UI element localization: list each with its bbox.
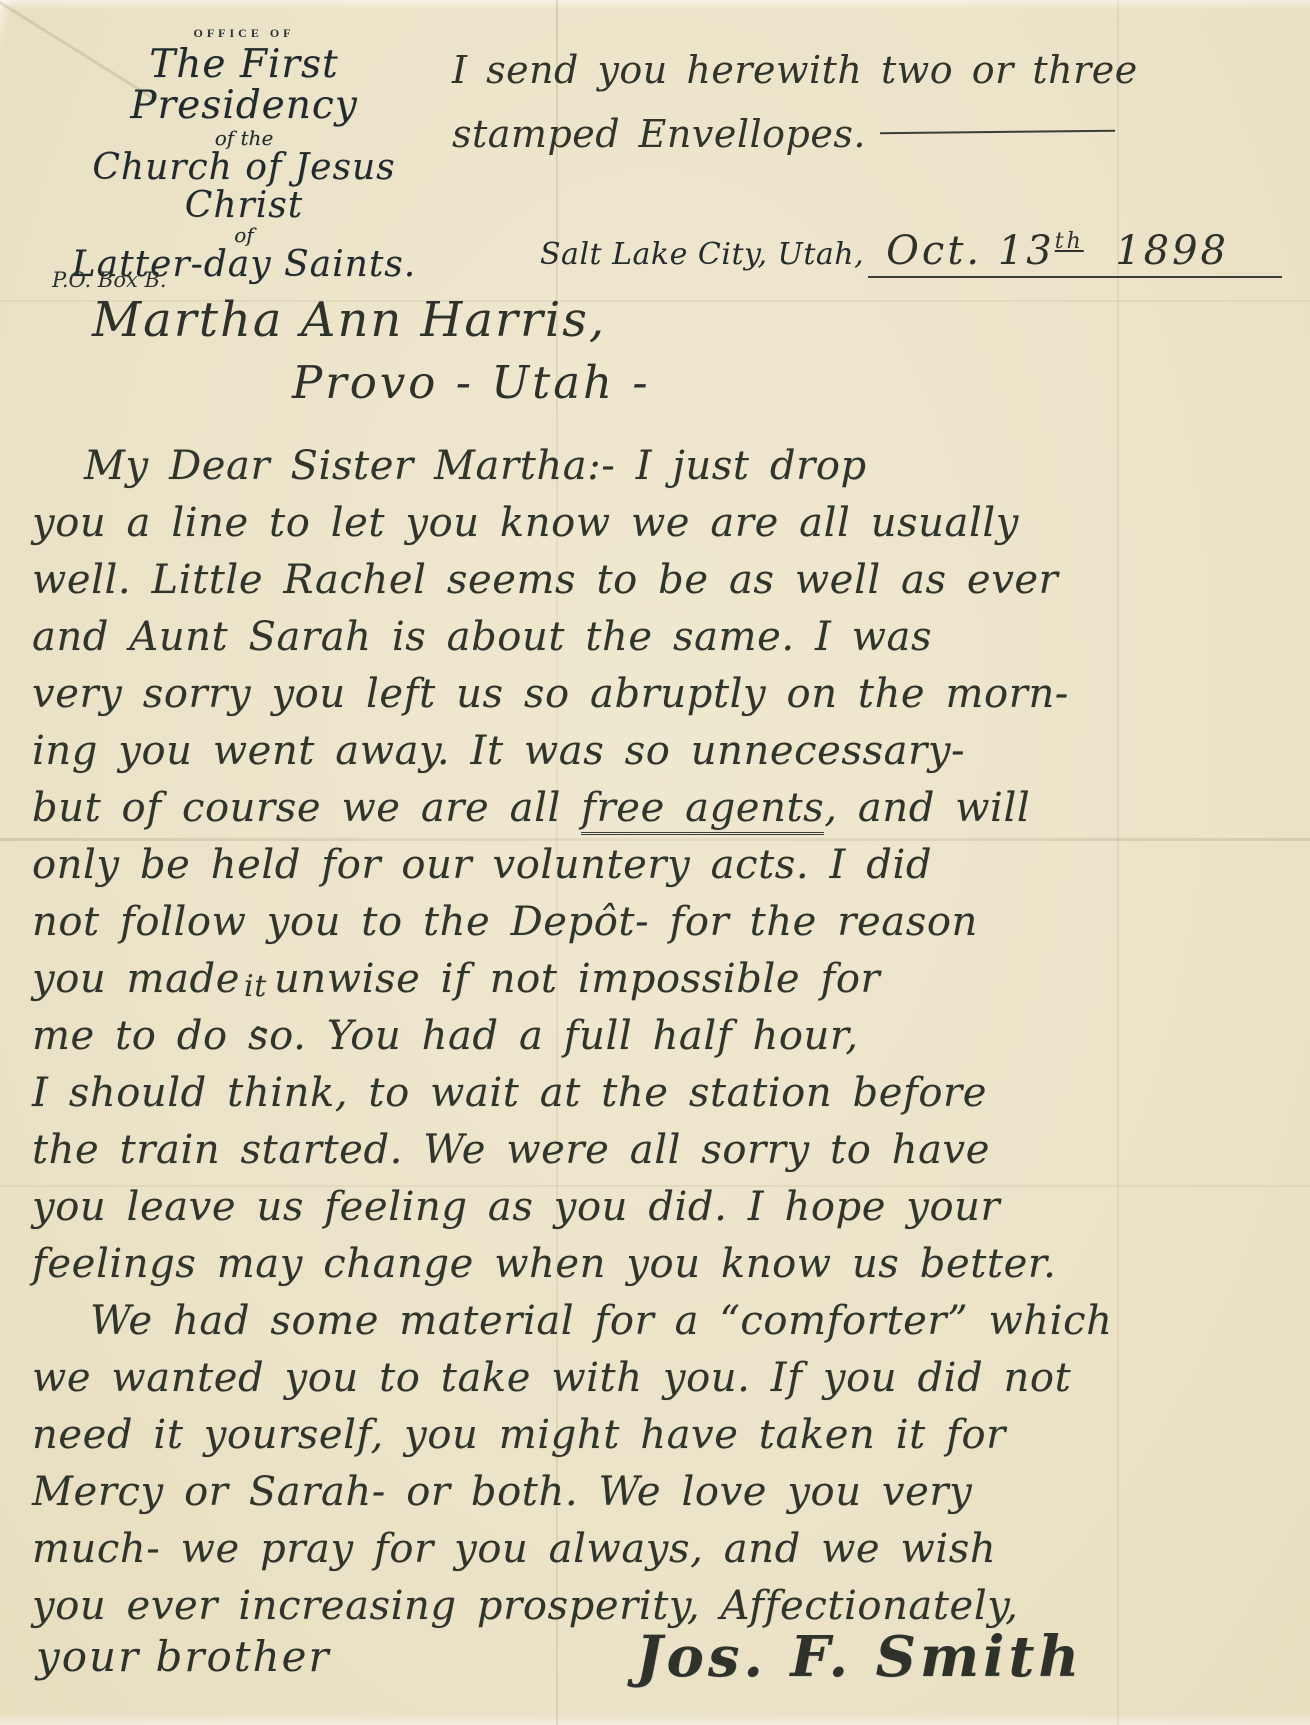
body-line: My Dear Sister Martha:- I just drop [32, 438, 1292, 495]
body-line: Mercy or Sarah- or both. We love you ver… [32, 1464, 1292, 1521]
signature: Jos. F. Smith [636, 1624, 1083, 1690]
letterhead-line-2: of the [48, 127, 440, 149]
body-line: the train started. We were all sorry to … [32, 1122, 1292, 1179]
letterhead-line-1: The First Presidency [48, 45, 440, 127]
top-note-line-1: I send you herewith two or three [452, 38, 1282, 102]
recipient-block: Martha Ann Harris, Provo - Utah - [0, 292, 1310, 409]
body-line: ing you went away. It was so unnecessary… [32, 723, 1292, 780]
body-line: much- we pray for you always, and we wis… [32, 1521, 1292, 1578]
body-line: I should think, to wait at the station b… [32, 1065, 1292, 1122]
body-line: me to do so. You had a full half hour, [32, 1008, 1292, 1065]
caret-mark: ^ [248, 1008, 269, 1065]
body-line: need it yourself, you might have taken i… [32, 1407, 1292, 1464]
letter-body: My Dear Sister Martha:- I just drop you … [32, 438, 1292, 1635]
body-line: only be held for our voluntery acts. I d… [32, 837, 1292, 894]
top-note-line-2: stamped Envellopes. [452, 102, 1282, 166]
letterhead-line-4: of [48, 224, 440, 246]
body-line: well. Little Rachel seems to be as well … [32, 552, 1292, 609]
letter-page: OFFICE OF The First Presidency of the Ch… [0, 0, 1310, 1725]
closing-row: your brother Jos. F. Smith [36, 1632, 1292, 1681]
body-line: we wanted you to take with you. If you d… [32, 1350, 1292, 1407]
letterhead-office-of: OFFICE OF [48, 26, 440, 41]
date-ordinal: th [1055, 229, 1084, 254]
dateline: Salt Lake City, Utah,Oct. 13th 1898 [540, 228, 1290, 278]
inserted-word: it [244, 958, 267, 1015]
body-line: feelings may change when you know us bet… [32, 1236, 1292, 1293]
letterhead: OFFICE OF The First Presidency of the Ch… [48, 26, 440, 284]
recipient-address: Provo - Utah - [292, 356, 1310, 409]
body-line: you a line to let you know we are all us… [32, 495, 1292, 552]
body-line: We had some material for a “comforter” w… [32, 1293, 1292, 1350]
body-line: not follow you to the Depôt- for the rea… [32, 894, 1292, 951]
signoff: your brother [36, 1632, 331, 1681]
body-line-free-agents: but of course we are all free agents, an… [32, 780, 1292, 837]
body-line: you leave us feeling as you did. I hope … [32, 1179, 1292, 1236]
underlined-phrase: free agents [581, 785, 824, 835]
letterhead-line-3: Church of Jesus Christ [48, 149, 440, 225]
body-line-with-insertion: you madeit^unwise if not impossible for [32, 951, 1292, 1008]
flourish-rule [880, 130, 1115, 134]
dateline-date: Oct. 13th 1898 [868, 228, 1282, 278]
top-note: I send you herewith two or three stamped… [452, 38, 1282, 166]
body-line: and Aunt Sarah is about the same. I was [32, 609, 1292, 666]
po-box-label: P.O. Box B. [52, 268, 167, 292]
recipient-name: Martha Ann Harris, [92, 292, 1310, 348]
body-line: very sorry you left us so abruptly on th… [32, 666, 1292, 723]
dateline-place: Salt Lake City, Utah, [540, 237, 864, 272]
